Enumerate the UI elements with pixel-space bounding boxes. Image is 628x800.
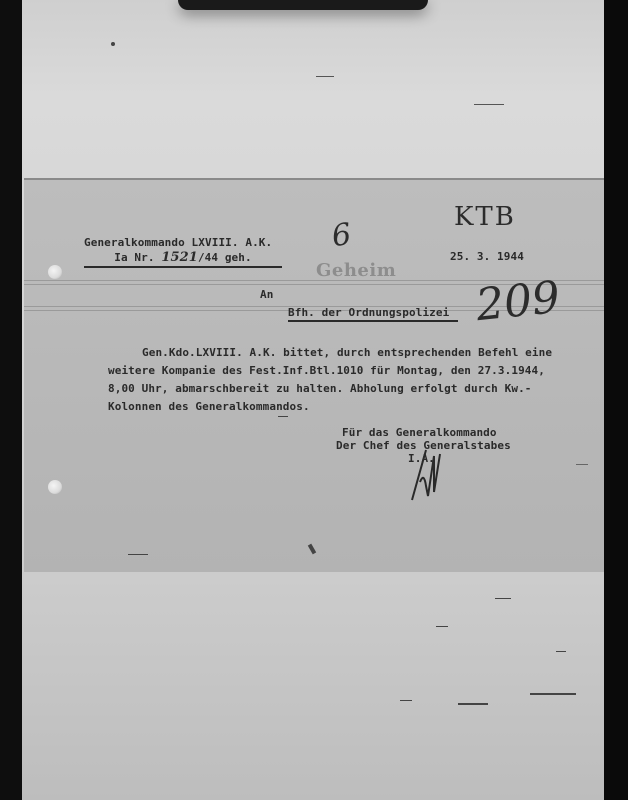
- body-line: weitere Kompanie des Fest.Inf.Btl.1010 f…: [108, 364, 545, 377]
- body-line: 8,00 Uhr, abmarschbereit zu halten. Abho…: [108, 382, 532, 395]
- document-date: 25. 3. 1944: [450, 250, 524, 263]
- paper-speck: [458, 703, 488, 705]
- closing-line: Für das Generalkommando: [342, 426, 497, 439]
- paper-speck: [576, 464, 588, 465]
- scan-border-right: [604, 0, 628, 800]
- paper-speck: [436, 626, 448, 627]
- body-line: Gen.Kdo.LXVIII. A.K. bittet, durch entsp…: [142, 346, 552, 359]
- ktb-annotation: KTB: [454, 202, 516, 232]
- paper-speck: [400, 700, 412, 701]
- reference-suffix: /44 geh.: [198, 251, 252, 264]
- paper-speck: [278, 416, 288, 417]
- reference-handwritten: 1521: [161, 250, 198, 265]
- paper-speck: [495, 598, 511, 599]
- paper-speck: [316, 76, 334, 77]
- paper-speck: [556, 651, 566, 652]
- body-line: Kolonnen des Generalkommandos.: [108, 400, 310, 413]
- signature-icon: [404, 442, 454, 502]
- paper-speck: [474, 104, 504, 105]
- sender-name: Generalkommando LXVIII. A.K.: [84, 236, 272, 249]
- binder-clip-shadow: [178, 0, 428, 10]
- punch-hole: [48, 480, 62, 494]
- reference-prefix: Ia Nr.: [114, 251, 154, 264]
- folio-number: 209: [474, 272, 563, 331]
- addressee-label: An: [260, 288, 273, 301]
- paper-speck: [111, 42, 115, 46]
- paper-speck: [308, 544, 316, 555]
- punch-hole: [48, 265, 62, 279]
- reference-number: Ia Nr. 1521/44 geh.: [84, 250, 282, 268]
- memo-sheet: Generalkommando LXVIII. A.K. Ia Nr. 1521…: [24, 178, 608, 572]
- paper-speck: [128, 554, 148, 555]
- handwritten-mark: 6: [330, 217, 354, 254]
- recipient: Bfh. der Ordnungspolizei: [288, 306, 458, 322]
- secret-stamp: Geheim: [316, 260, 396, 281]
- scan-border-left: [0, 0, 22, 800]
- paper-speck: [530, 693, 576, 695]
